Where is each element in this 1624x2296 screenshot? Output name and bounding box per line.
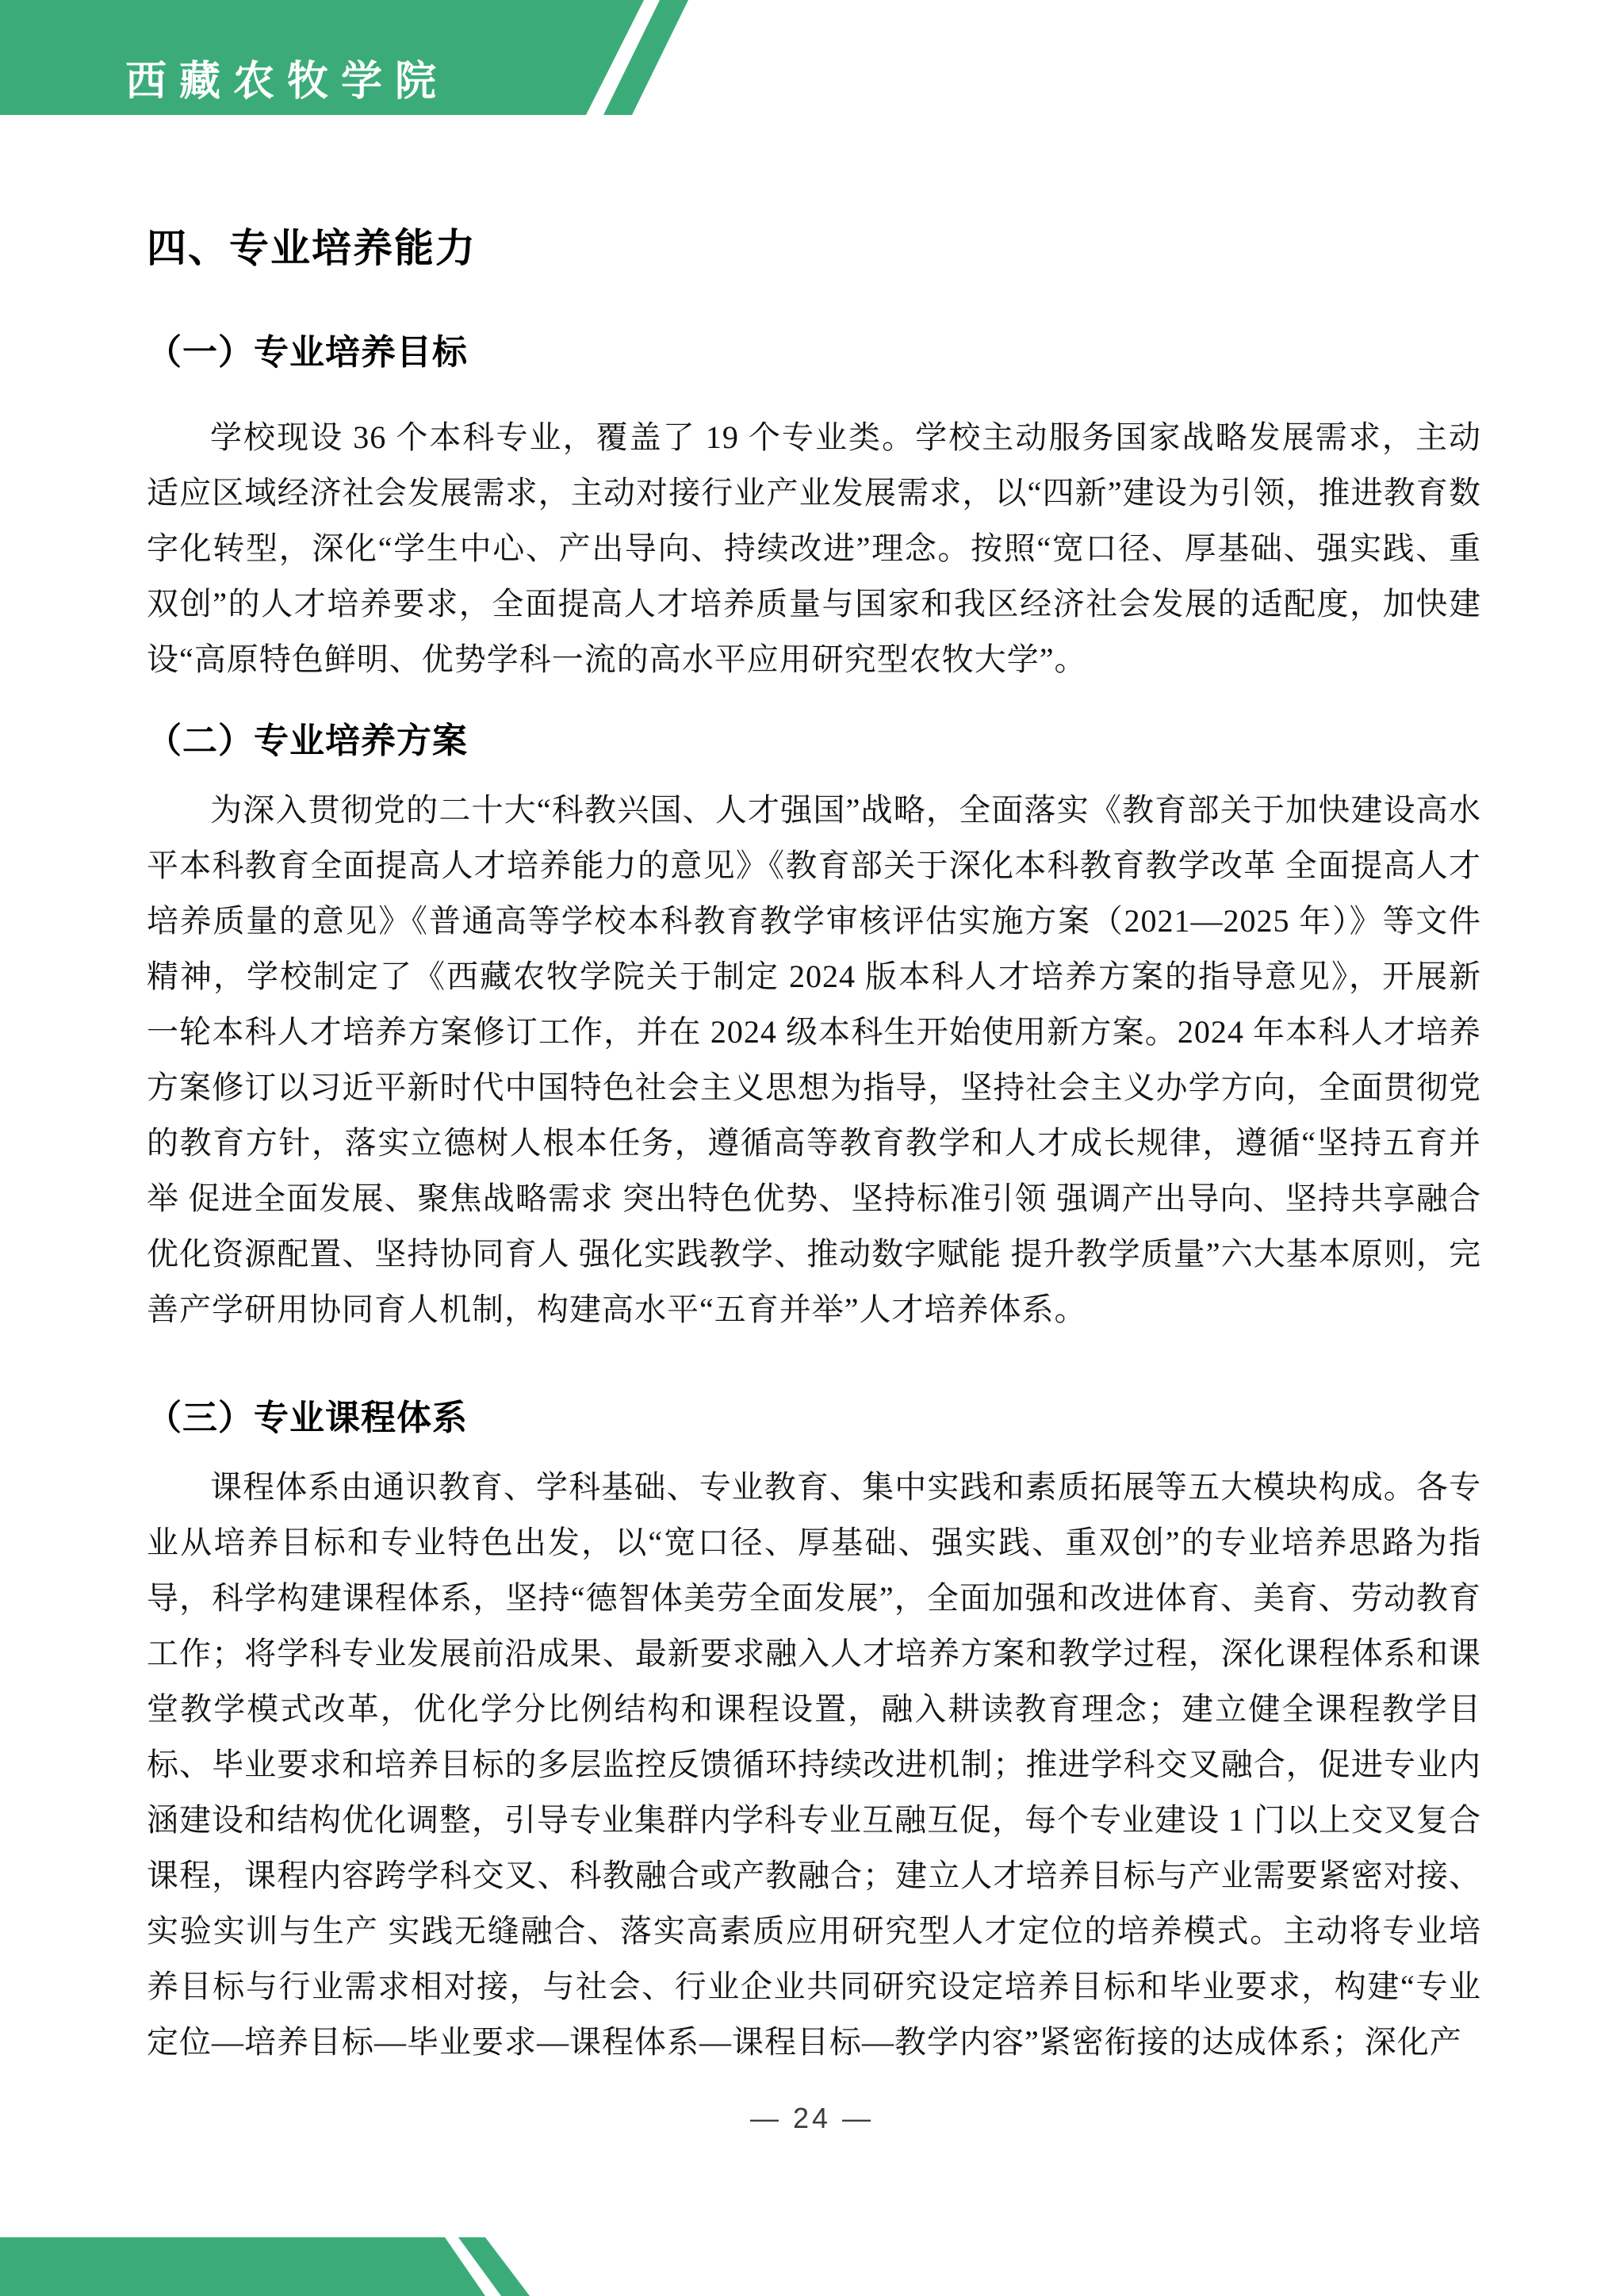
content-area: 四、专业培养能力 （一）专业培养目标 学校现设 36 个本科专业，覆盖了 19 … [147,0,1481,2070]
section-2-paragraph: 为深入贯彻党的二十大“科教兴国、人才强国”战略，全面落实《教育部关于加快建设高水… [147,783,1481,1337]
section-training-plan: （二）专业培养方案 为深入贯彻党的二十大“科教兴国、人才强国”战略，全面落实《教… [147,719,1481,1337]
section-3-heading: （三）专业课程体系 [147,1396,1481,1441]
page-number: — 24 — [0,2093,1624,2144]
section-1-heading: （一）专业培养目标 [147,331,1481,375]
section-1-paragraph: 学校现设 36 个本科专业，覆盖了 19 个专业类。学校主动服务国家战略发展需求… [147,410,1481,687]
section-training-goals: （一）专业培养目标 学校现设 36 个本科专业，覆盖了 19 个专业类。学校主动… [147,331,1481,687]
page-title: 四、专业培养能力 [147,226,1481,270]
document-page: 西藏农牧学院 四、专业培养能力 （一）专业培养目标 学校现设 36 个本科专业，… [0,0,1624,2296]
section-2-heading: （二）专业培养方案 [147,719,1481,763]
section-3-paragraph: 课程体系由通识教育、学科基础、专业教育、集中实践和素质拓展等五大模块构成。各专业… [147,1460,1481,2070]
footer-band [0,2237,1624,2296]
section-curriculum-system: （三）专业课程体系 课程体系由通识教育、学科基础、专业教育、集中实践和素质拓展等… [147,1396,1481,2070]
footer-band-main-shape [0,2237,485,2296]
